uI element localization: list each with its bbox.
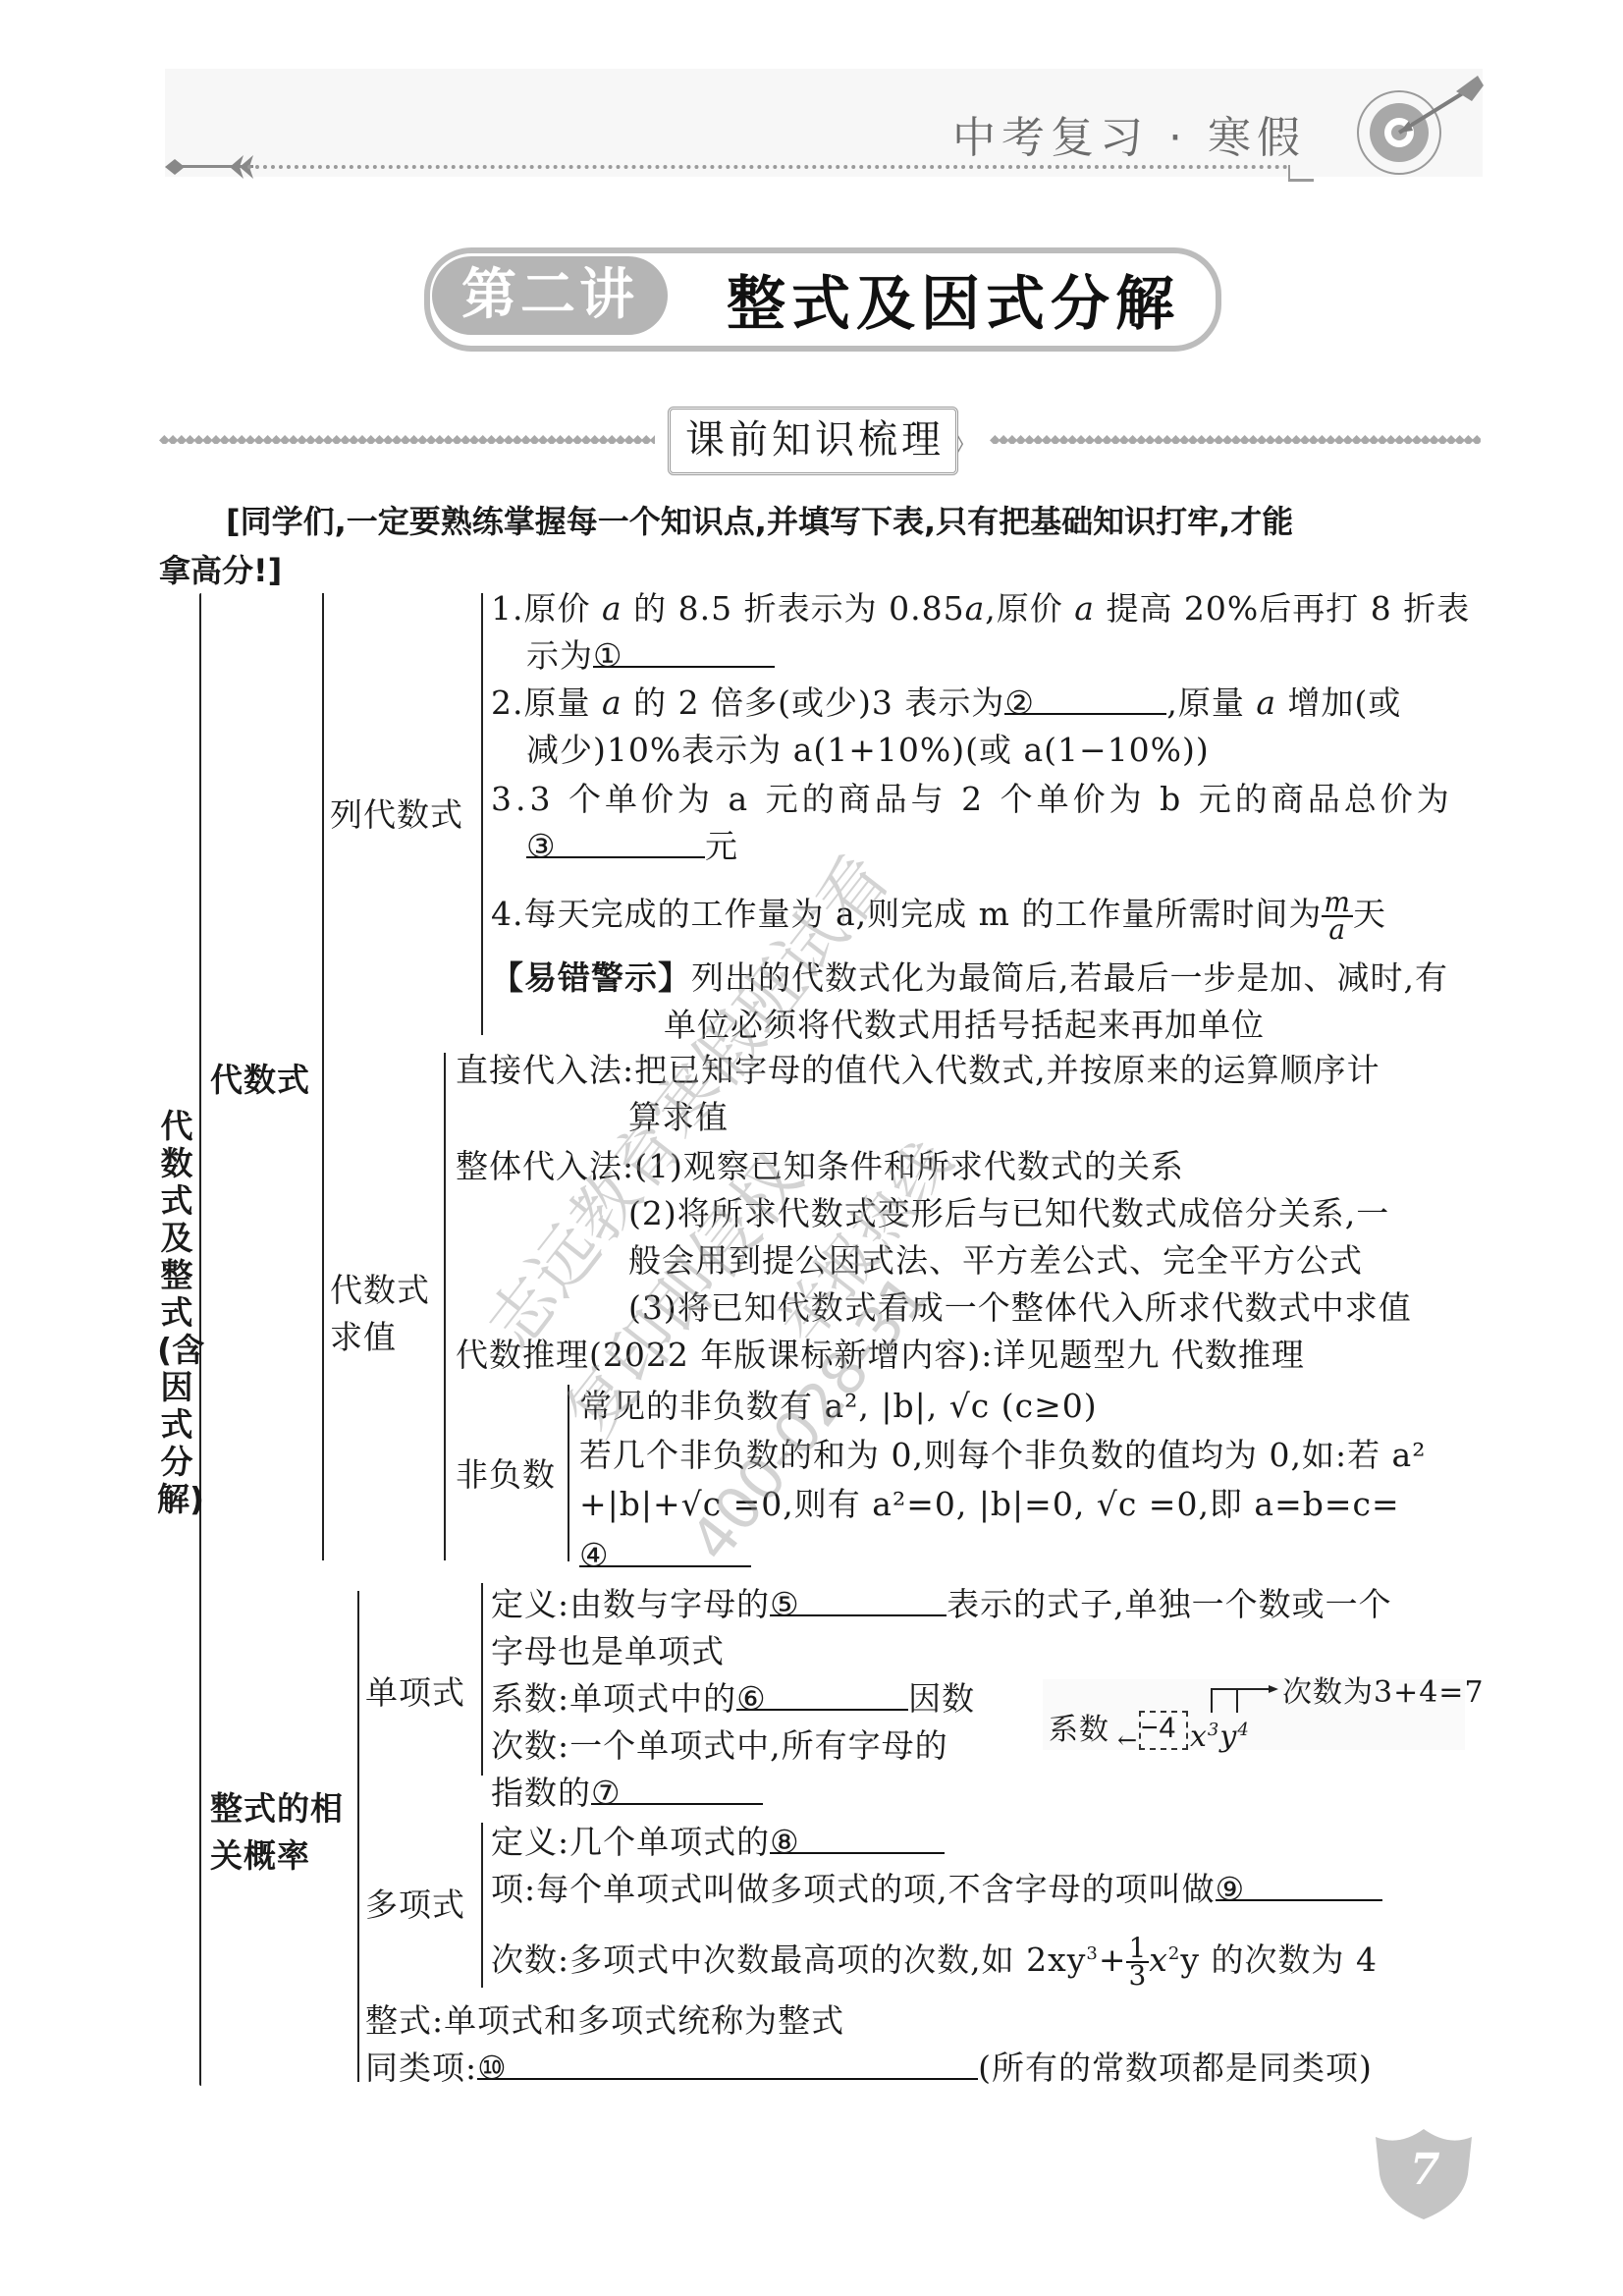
whole-substitution-line-4: (3)将已知代数式看成一个整体代入所求代数式中求值 [628, 1285, 1412, 1332]
nonnegative-line-3: +|b|+√c =0,则有 a²=0, |b|=0, √c =0,即 a=b=c… [579, 1481, 1400, 1528]
polynomial-degree: 次数:多项式中次数最高项的次数,如 2xy3+13x2y 的次数为 4 [491, 1931, 1378, 1989]
monomial-degree-line-2: 指数的⑦ [491, 1770, 763, 1817]
header-line-end [1288, 165, 1314, 182]
monomial-coefficient: 系数:单项式中的⑥因数 [491, 1675, 975, 1722]
root-label: 代数式及整式(含因式分解) [157, 1108, 196, 1518]
blank-9[interactable]: ⑨ [1216, 1866, 1382, 1901]
evaluate-expression-brace [444, 1053, 446, 1560]
write-item-3-line-1: 3.3 个单价为 a 元的商品与 2 个单价为 b 元的商品总价为 [491, 776, 1453, 823]
write-expression-brace [481, 593, 483, 1035]
intro-line-2: 拿高分!] [159, 546, 282, 591]
algebraic-expression-brace [322, 593, 324, 1560]
nonnegative-line-1: 常见的非负数有 a², |b|, √c (c≥0) [579, 1383, 1098, 1430]
nonnegative-line-4: ④ [579, 1532, 751, 1579]
write-item-3-line-2: ③元 [526, 823, 738, 870]
monomial-definition-line-2: 字母也是单项式 [491, 1628, 725, 1675]
section-label: 课前知识梳理 [685, 409, 945, 465]
algebraic-reasoning: 代数推理(2022 年版课标新增内容):详见题型九 代数推理 [456, 1332, 1305, 1379]
blank-5[interactable]: ⑤ [770, 1581, 947, 1616]
polynomial-concepts-brace [357, 1591, 359, 2082]
fraction-m-over-a: ma [1322, 890, 1353, 943]
header-title: 中考复习 · 寒假 [952, 102, 1306, 165]
example-coefficient-label: 系数 [1049, 1707, 1109, 1754]
write-item-1-line-2: 示为① [526, 632, 775, 680]
fraction-one-third: 13 [1126, 1936, 1149, 1989]
degree-arrow-icon [1210, 1685, 1278, 1713]
blank-10[interactable]: ⑩ [477, 2045, 978, 2080]
direct-substitution-line-2: 算求值 [628, 1094, 729, 1141]
section-diamond-rule-right: ◆◆◆◆◆◆◆◆◆◆◆◆◆◆◆◆◆◆◆◆◆◆◆◆◆◆◆◆◆◆◆◆◆◆◆◆◆◆◆◆… [990, 432, 1481, 444]
arrow-left-icon: ← [1117, 1726, 1137, 1754]
section-diamond-rule-left: ◆◆◆◆◆◆◆◆◆◆◆◆◆◆◆◆◆◆◆◆◆◆◆◆◆◆◆◆◆◆◆◆◆◆◆◆◆◆◆◆… [159, 432, 655, 444]
blank-1[interactable]: ① [593, 632, 775, 668]
example-degree-label: 次数为3+4=7 [1282, 1669, 1485, 1717]
warning-line-1: 【易错警示】列出的代数式化为最简后,若最后一步是加、减时,有 [491, 955, 1448, 1002]
warning-line-2: 单位必须将代数式用括号括起来再加单位 [664, 1002, 1265, 1049]
polynomial-definition: 定义:几个单项式的⑧ [491, 1819, 945, 1866]
lecture-number-tag: 第二讲 [432, 256, 668, 335]
polynomial-brace [481, 1823, 483, 1988]
monomial-label: 单项式 [365, 1669, 465, 1717]
example-monomial: x3y4 [1190, 1707, 1250, 1761]
write-item-1-line-1: 1.原价 a 的 8.5 折表示为 0.85a,原价 a 提高 20%后再打 8… [491, 585, 1470, 632]
write-item-2-line-1: 2.原量 a 的 2 倍多(或少)3 表示为②,原量 a 增加(或 [491, 680, 1401, 727]
monomial-definition-line-1: 定义:由数与字母的⑤表示的式子,单独一个数或一个 [491, 1581, 1392, 1628]
nonnegative-line-2: 若几个非负数的和为 0,则每个非负数的值均为 0,如:若 a² [579, 1432, 1426, 1479]
blank-8[interactable]: ⑧ [770, 1819, 945, 1854]
polynomial-label: 多项式 [365, 1882, 465, 1929]
blank-7[interactable]: ⑦ [591, 1770, 763, 1805]
monomial-degree-line-1: 次数:一个单项式中,所有字母的 [491, 1722, 948, 1770]
write-expression-label: 列代数式 [330, 792, 463, 839]
blank-6[interactable]: ⑥ [736, 1675, 908, 1711]
nonnegative-label: 非负数 [456, 1451, 556, 1499]
nonnegative-brace [568, 1385, 569, 1561]
blank-2[interactable]: ② [1004, 680, 1166, 715]
write-item-4: 4.每天完成的工作量为 a,则完成 m 的工作量所需时间为ma天 [491, 890, 1386, 943]
whole-substitution-line-3: 般会用到提公因式法、平方差公式、完全平方公式 [628, 1237, 1363, 1285]
polynomial-concepts-label-1: 整式的相 [210, 1785, 344, 1832]
blank-4[interactable]: ④ [579, 1532, 751, 1567]
header-dotted-line [247, 165, 1288, 169]
lecture-title: 整式及因式分解 [727, 257, 1180, 342]
like-terms: 同类项:⑩(所有的常数项都是同类项) [365, 2045, 1373, 2092]
polynomial-whole-definition: 整式:单项式和多项式统称为整式 [365, 1997, 844, 2045]
polynomial-concepts-label-2: 关概率 [210, 1832, 310, 1880]
whole-substitution-line-2: (2)将所求代数式变形后与已知代数式成倍分关系,一 [628, 1190, 1389, 1237]
algebraic-expression-label: 代数式 [210, 1057, 310, 1104]
evaluate-expression-label-1: 代数式 [330, 1267, 430, 1314]
blank-3[interactable]: ③ [526, 823, 705, 858]
evaluate-expression-label-2: 求值 [330, 1314, 397, 1361]
whole-substitution-line-1: 整体代入法:(1)观察已知条件和所求代数式的关系 [456, 1143, 1184, 1190]
polynomial-term: 项:每个单项式叫做多项式的项,不含字母的项叫做⑨ [491, 1866, 1382, 1913]
warning-tag: 【易错警示】 [491, 958, 691, 997]
target-arrow-icon [1350, 74, 1488, 182]
page-number: 7 [1410, 2145, 1440, 2195]
write-item-2-line-2: 减少)10%表示为 a(1+10%)(或 a(1−10%)) [526, 727, 1210, 774]
intro-line-1: [同学们,一定要熟练掌握每一个知识点,并填写下表,只有把基础知识打牢,才能 [226, 497, 1293, 542]
monomial-brace [481, 1583, 483, 1776]
arrow-head-icon [165, 157, 185, 177]
direct-substitution-line-1: 直接代入法:把已知字母的值代入代数式,并按原来的运算顺序计 [456, 1047, 1380, 1094]
example-coefficient-value: −4 [1141, 1705, 1176, 1752]
